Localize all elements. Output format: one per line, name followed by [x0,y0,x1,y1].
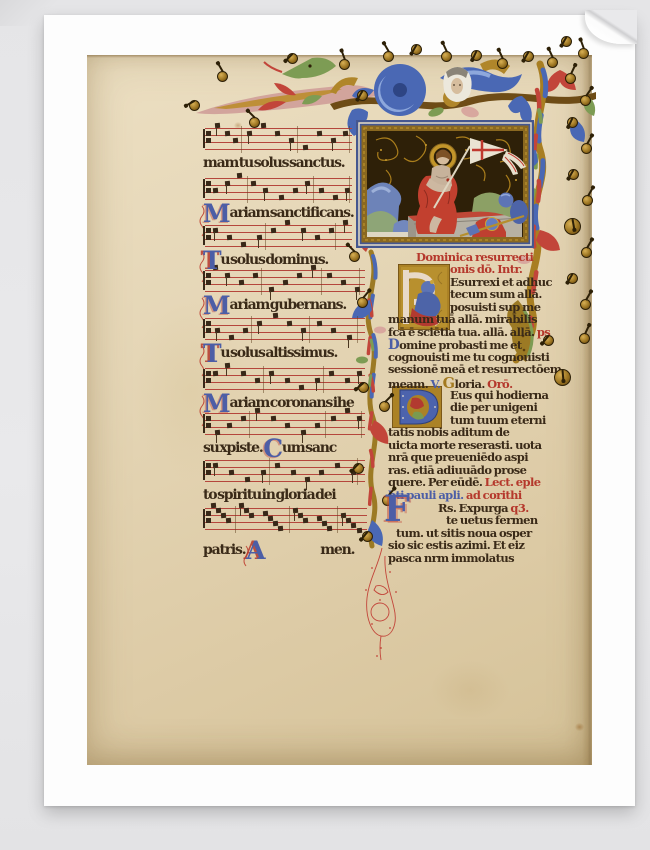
neume-stem [332,142,333,151]
neume-note [271,416,276,421]
missal-text-line: die per unigeni [450,400,537,414]
stave-divider-tick [349,126,350,153]
neume-note [327,526,332,531]
neume-stem [258,239,259,248]
neume-stem [256,412,257,421]
gold-ball-ornament [362,531,373,542]
stave-divider-tick [357,316,358,343]
music-stave [205,508,367,530]
gold-ball-ornament [441,51,452,62]
gold-ball-ornament [581,143,592,154]
text-segment: V. [431,377,443,391]
text-segment: tatis nobis aditum de [388,425,509,439]
neume-stem [302,332,303,341]
neume-note [241,371,246,376]
neume-note [271,228,276,233]
neume-stem [262,474,263,483]
neume-note [216,508,221,513]
text-segment: te uetus fermen [446,513,538,527]
neume-note [291,470,296,475]
ball-antenna [524,51,530,60]
chant-text-line: mam tu solus sanctus. [203,155,344,171]
decorated-initial: M [203,291,229,320]
text-segment: um sanc [282,440,336,456]
neume-note [319,188,324,193]
neume-note [233,138,238,143]
neume-note [317,131,322,136]
neume-note [251,181,256,186]
stave-divider-tick [247,176,248,203]
missal-text-line: tatis nobis aditum de [388,425,509,439]
parchment-stain [430,660,510,720]
missal-text-line: sessionē meā et resurrectōem [388,362,561,376]
text-segment: mam tu solus sanctus. [203,155,344,171]
neume-stem [226,185,227,194]
neume-note [283,280,288,285]
neume-note [343,131,348,136]
neume-stem [348,339,349,348]
neume-note [351,523,356,528]
clef-icon [203,226,205,245]
neume-note [237,173,242,178]
gold-ball-ornament [357,90,368,101]
gold-ball-ornament [565,73,576,84]
neume-stem [226,367,227,376]
text-segment: tecum sum allā. [450,287,542,301]
neume-note [239,280,244,285]
gold-ball-ornament [561,36,572,47]
gold-ball-ornament [523,51,534,62]
chant-text-line: Mariam coronans ihe [203,395,354,411]
stave-divider-tick [235,506,236,533]
clef-icon [206,228,211,233]
stave-divider-tick [251,316,252,343]
clef-icon [206,321,211,326]
missal-text-line: quere. Per eūdē. Lect. eple [388,475,540,489]
neume-note [241,416,246,421]
neume-note [244,508,249,513]
neume-note [297,273,302,278]
text-segment: sio sic estis azimi. Et eiz [388,538,524,552]
neume-stem [270,375,271,384]
neume-note [345,378,350,383]
text-segment: sessionē meā et resurrectōem [388,362,561,376]
neume-stem [248,135,249,144]
neume-note [273,313,278,318]
clef-icon [206,423,211,428]
neume-stem [302,232,303,241]
missal-text-line: nrā que preueniēdo aspi [388,450,528,464]
clef-icon [206,131,211,136]
neume-stem [240,507,241,516]
clef-icon [206,235,211,240]
stave-divider-tick [325,411,326,438]
gold-ball-ornament [543,335,554,346]
clef-icon [206,371,211,376]
ball-antenna [358,90,364,99]
neume-note [299,385,304,390]
neume-note [317,516,322,521]
ball-antenna [472,50,477,59]
chant-text-line: Mariam sanctificans. [203,205,354,221]
missal-text-line: sio sic estis azimi. Et eiz [388,538,524,552]
decorated-initial: T [203,339,220,368]
text-segment: die per unigeni [450,400,537,414]
text-segment: u solus dominus. [220,252,328,268]
neume-stem [312,269,313,278]
text-segment: ad corithi [466,488,522,502]
neume-note [315,235,320,240]
ball-antenna [568,273,574,282]
neume-note [275,463,280,468]
text-segment: meam. [388,377,431,391]
gold-ball-ornament [189,100,200,111]
clef-icon [206,463,211,468]
text-segment: ariam sanctificans. [229,205,353,221]
neume-note [249,513,254,518]
stave-divider-tick [241,126,242,153]
stave-divider-tick [335,223,336,250]
gold-ball-ornament [497,58,508,69]
neume-stem [214,232,215,241]
gold-ball-ornament [568,169,579,180]
music-stave [205,178,352,200]
neume-stem [358,420,359,429]
neume-note [227,423,232,428]
stave-divider-tick [349,176,350,203]
neume-note [333,195,338,200]
neume-stem [352,474,353,483]
neume-note [293,188,298,193]
neume-stem [346,192,347,201]
music-stave [205,128,352,150]
neume-note [329,371,334,376]
neume-note [245,477,250,482]
neume-note [213,188,218,193]
text-segment: pasca nrm immolatus [388,551,514,565]
gold-ball-ornament [379,401,390,412]
chant-text-line: Mariam gubernans. [203,297,346,313]
gold-ball-ornament [287,53,298,64]
stave-divider-tick [249,411,250,438]
gold-ball-ornament [580,95,591,106]
neume-note [329,228,334,233]
gold-ball-ornament [358,382,369,393]
neume-stem [294,512,295,521]
gold-ball-ornament [357,297,368,308]
text-segment: su xpiste. [203,440,263,456]
neume-note [298,513,303,518]
neume-note [221,513,226,518]
gold-ball-ornament [579,333,590,344]
neume-note [331,416,336,421]
decorated-initial: M [203,389,229,418]
neume-note [227,235,232,240]
gold-ball-ornament [578,48,589,59]
decorated-initial: C [263,434,282,463]
neume-note [261,123,266,128]
stave-divider-tick [263,366,264,393]
gold-ball-ornament [471,50,482,61]
clef-icon [206,511,211,516]
neume-note [327,273,332,278]
text-segment: patris. [203,542,246,558]
gold-ball-ornament [554,369,571,386]
neume-note [279,195,284,200]
clef-icon [206,188,211,193]
neume-note [335,463,340,468]
neume-stem [226,277,227,286]
gold-ball-ornament [349,251,360,262]
music-stave [205,318,365,340]
gold-ball-ornament [339,59,350,70]
missal-text-line: te uetus fermen [446,513,538,527]
gold-ball-ornament [383,51,394,62]
text-segment: quere. Per eūdē. [388,475,485,489]
neume-stem [258,325,259,334]
page-edge-top [87,55,592,58]
music-stave [205,270,365,292]
ball-antenna [562,369,564,379]
clef-icon [206,518,211,523]
neume-note [255,378,260,383]
neume-note [273,521,278,526]
neume-stem [342,517,343,526]
neume-note [357,528,362,533]
clef-icon [206,328,211,333]
text-segment: ariam coronans ihe [229,395,353,411]
text-segment: manum tuā allā. mirabilis [388,312,537,326]
stave-divider-tick [289,506,290,533]
photo-background: Illuminated manuscript leaf: missal page… [0,0,650,850]
missal-text-line: onis dō. Intr. [450,262,522,276]
neume-stem [216,127,217,136]
stave-divider-tick [261,268,262,295]
chant-text-line: patris. Amen. [203,542,354,558]
neume-stem [214,467,215,476]
gold-ball-ornament [567,273,578,284]
decorated-initial: T [203,246,220,275]
gold-ball-ornament [567,117,578,128]
gold-ball-ornament [581,247,592,258]
missal-text-line: manum tuā allā. mirabilis [388,312,537,326]
music-stave [205,460,365,482]
neume-stem [316,382,317,391]
neume-note [241,242,246,247]
decorated-initial: M [203,199,229,228]
chant-text-line: to spiritu in gloria dei [203,487,336,503]
clef-icon [203,129,205,148]
ball-antenna [562,36,568,45]
neume-note [319,470,324,475]
clef-icon [203,179,205,198]
text-segment: Lect. eple [485,475,541,489]
ball-antenna [572,218,575,228]
ball-antenna [542,335,549,343]
text-segment: onis dō. Intr. [450,262,522,276]
stave-divider-tick [313,176,314,203]
stave-divider-tick [297,126,298,153]
stave-divider-tick [361,411,362,438]
text-segment: men. [320,542,354,558]
neume-stem [264,192,265,201]
stave-divider-tick [359,268,360,295]
clef-icon [203,319,205,338]
gold-ball-ornament [411,44,422,55]
neume-note [275,131,280,136]
text-segment: to spiritu in gloria dei [203,487,336,503]
missal-text-line: tecum sum allā. [450,287,542,301]
neume-note [229,470,234,475]
neume-note [225,131,230,136]
neume-note [213,371,218,376]
ball-antenna [569,169,575,178]
stave-divider-tick [265,223,266,250]
flourished-initial-F: F [384,491,410,527]
neume-note [303,518,308,523]
neume-note [322,521,327,526]
clef-icon [206,470,211,475]
music-stave [205,368,365,390]
neume-note [346,518,351,523]
neume-note [278,526,283,531]
neume-note [315,423,320,428]
neume-note [285,423,290,428]
page-edge-crease [582,55,592,765]
neume-note [303,145,308,150]
gold-ball-ornament [217,71,228,82]
gold-ball-ornament [249,117,260,128]
neume-note [287,321,292,326]
text-segment: ariam gubernans. [229,297,346,313]
text-segment: nrā que preueniēdo aspi [388,450,528,464]
music-stave [205,225,352,247]
clef-icon [203,461,205,480]
chant-text-line: Tu solus altissimus. [203,345,337,361]
neume-note [226,518,231,523]
neume-note [263,511,268,516]
neume-note [268,516,273,521]
stave-divider-tick [309,316,310,343]
ball-antenna [412,44,418,53]
ball-antenna [568,117,573,126]
gold-ball-ornament [582,195,593,206]
clef-icon [203,369,205,388]
neume-note [331,328,336,333]
neume-note [317,321,322,326]
neume-note [253,273,258,278]
neume-stem [290,142,291,151]
neume-note [285,378,290,383]
chant-text-line: Tu solus dominus. [203,252,328,268]
ball-antenna [361,531,368,539]
stave-divider-tick [323,366,324,393]
neume-note [229,335,234,340]
gold-ball-ornament [353,463,364,474]
parchment-stain [575,723,584,731]
neume-stem [306,185,307,194]
clef-icon [203,509,205,528]
clef-icon [206,138,211,143]
clef-icon [206,378,211,383]
clef-icon [206,280,211,285]
gold-ball-ornament [564,218,581,235]
neume-note [243,328,248,333]
clef-icon [206,181,211,186]
neume-note [211,503,216,508]
gold-ball-ornament [547,57,558,68]
chant-text-line: su xpiste. Cum sanc [203,440,336,456]
stave-divider-tick [337,506,338,533]
text-segment: u solus altissimus. [220,345,337,361]
missal-text-line: pasca nrm immolatus [388,551,514,565]
gold-ball-ornament [580,299,591,310]
stave-divider-tick [321,268,322,295]
decorated-initial: A [246,536,264,565]
neume-note [341,280,346,285]
neume-stem [344,224,345,233]
